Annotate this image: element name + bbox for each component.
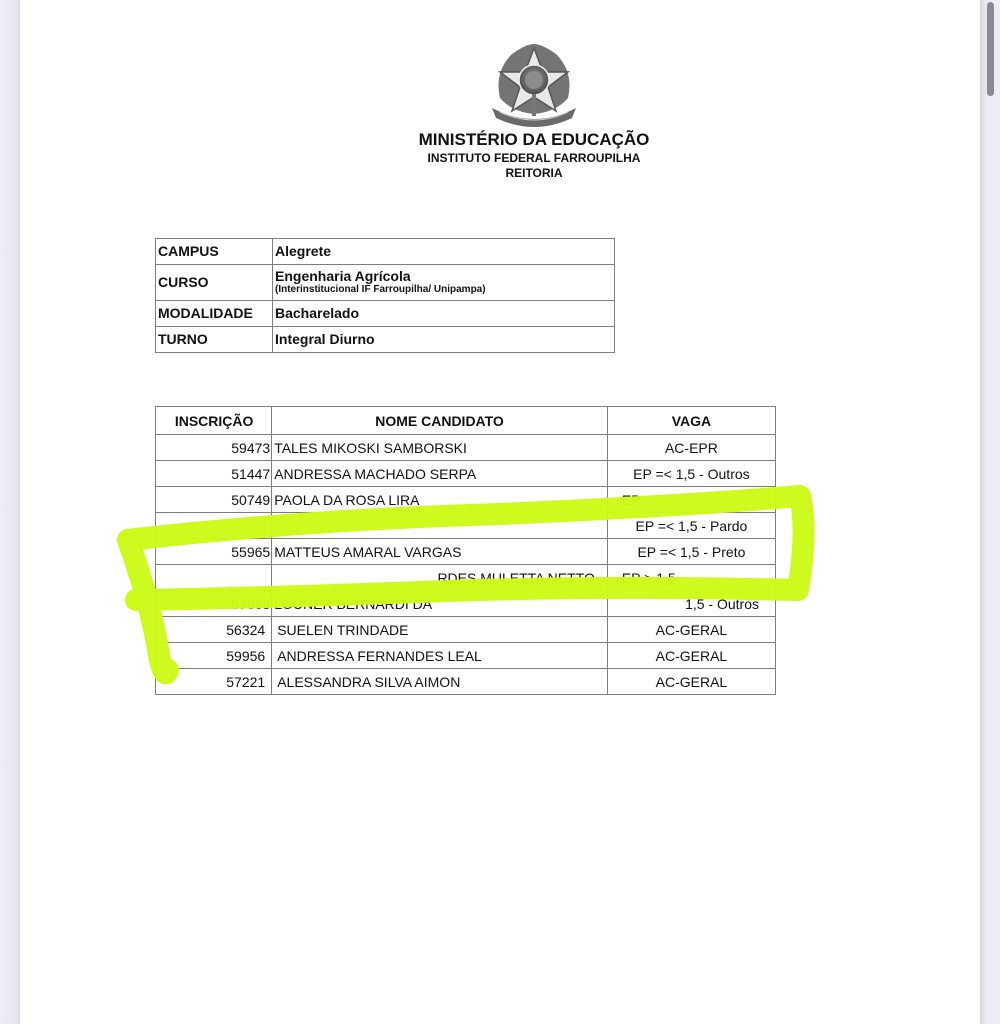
- cell-vaga: EP > 1,5: [607, 565, 775, 591]
- info-row-modalidade: MODALIDADE Bacharelado: [156, 301, 615, 327]
- info-value-curso: Engenharia Agrícola (Interinstitucional …: [273, 265, 615, 301]
- cell-nome: LOUNER BERNARDI DA: [272, 591, 608, 617]
- cell-vaga: EP =< 1,5 - Pardo: [607, 513, 775, 539]
- table-row: 59956ANDRESSA FERNANDES LEALAC-GERAL: [156, 643, 776, 669]
- cell-nome: ANDRESSA FERNANDES LEAL: [272, 643, 608, 669]
- info-label: TURNO: [156, 327, 273, 353]
- table-row: EP =< 1,5 - Pardo: [156, 513, 776, 539]
- cell-vaga: EP: [607, 487, 775, 513]
- unit-title: REITORIA: [34, 166, 1000, 180]
- cell-nome: MATTEUS AMARAL VARGAS: [272, 539, 608, 565]
- candidates-table: INSCRIÇÃO NOME CANDIDATO VAGA 59473TALES…: [155, 406, 776, 695]
- column-header-vaga: VAGA: [607, 407, 775, 435]
- course-info-table: CAMPUS Alegrete CURSO Engenharia Agrícol…: [155, 238, 615, 353]
- table-header-row: INSCRIÇÃO NOME CANDIDATO VAGA: [156, 407, 776, 435]
- cell-vaga: AC-GERAL: [607, 669, 775, 695]
- cell-inscricao: 55965: [156, 539, 272, 565]
- cell-nome: TALES MIKOSKI SAMBORSKI: [272, 435, 608, 461]
- cell-nome: ANDRESSA MACHADO SERPA: [272, 461, 608, 487]
- table-row: 55965MATTEUS AMARAL VARGASEP =< 1,5 - Pr…: [156, 539, 776, 565]
- cell-vaga: EP =< 1,5 - Outros: [607, 461, 775, 487]
- info-label: CURSO: [156, 265, 273, 301]
- info-row-campus: CAMPUS Alegrete: [156, 239, 615, 265]
- table-row: 50749PAOLA DA ROSA LIRAEP: [156, 487, 776, 513]
- info-label: CAMPUS: [156, 239, 273, 265]
- info-value: Alegrete: [273, 239, 615, 265]
- cell-vaga: AC-GERAL: [607, 643, 775, 669]
- table-row: 51447ANDRESSA MACHADO SERPAEP =< 1,5 - O…: [156, 461, 776, 487]
- info-row-turno: TURNO Integral Diurno: [156, 327, 615, 353]
- ministry-title: MINISTÉRIO DA EDUCAÇÃO: [34, 130, 1000, 150]
- brazil-coat-of-arms-icon: [486, 38, 582, 130]
- table-row: 57668LOUNER BERNARDI DA1,5 - Outros: [156, 591, 776, 617]
- table-row: 59473TALES MIKOSKI SAMBORSKIAC-EPR: [156, 435, 776, 461]
- cell-inscricao: 57668: [156, 591, 272, 617]
- cell-vaga: EP =< 1,5 - Preto: [607, 539, 775, 565]
- cell-inscricao: 59473: [156, 435, 272, 461]
- cell-vaga: AC-GERAL: [607, 617, 775, 643]
- table-row: RDES MULETTA NETTOEP > 1,5: [156, 565, 776, 591]
- cell-nome: RDES MULETTA NETTO: [272, 565, 608, 591]
- cell-inscricao: [156, 513, 272, 539]
- scrollbar-thumb[interactable]: [987, 2, 994, 96]
- info-value: Integral Diurno: [273, 327, 615, 353]
- cell-inscricao: 50749: [156, 487, 272, 513]
- column-header-inscricao: INSCRIÇÃO: [156, 407, 272, 435]
- cell-inscricao: [156, 565, 272, 591]
- cell-vaga: AC-EPR: [607, 435, 775, 461]
- cell-nome: [272, 513, 608, 539]
- info-value: Bacharelado: [273, 301, 615, 327]
- course-name: Engenharia Agrícola: [275, 268, 411, 284]
- cell-inscricao: 56324: [156, 617, 272, 643]
- cell-nome: SUELEN TRINDADE: [272, 617, 608, 643]
- cell-inscricao: 51447: [156, 461, 272, 487]
- table-row: 57221ALESSANDRA SILVA AIMONAC-GERAL: [156, 669, 776, 695]
- course-subtitle: (Interinstitucional IF Farroupilha/ Unip…: [275, 284, 612, 296]
- cell-inscricao: 57221: [156, 669, 272, 695]
- cell-inscricao: 59956: [156, 643, 272, 669]
- info-label: MODALIDADE: [156, 301, 273, 327]
- column-header-nome: NOME CANDIDATO: [272, 407, 608, 435]
- table-row: 56324SUELEN TRINDADEAC-GERAL: [156, 617, 776, 643]
- info-row-curso: CURSO Engenharia Agrícola (Interinstituc…: [156, 265, 615, 301]
- viewer-left-margin: [0, 0, 20, 1024]
- cell-nome: PAOLA DA ROSA LIRA: [272, 487, 608, 513]
- institute-title: INSTITUTO FEDERAL FARROUPILHA: [34, 151, 1000, 165]
- cell-nome: ALESSANDRA SILVA AIMON: [272, 669, 608, 695]
- cell-vaga: 1,5 - Outros: [607, 591, 775, 617]
